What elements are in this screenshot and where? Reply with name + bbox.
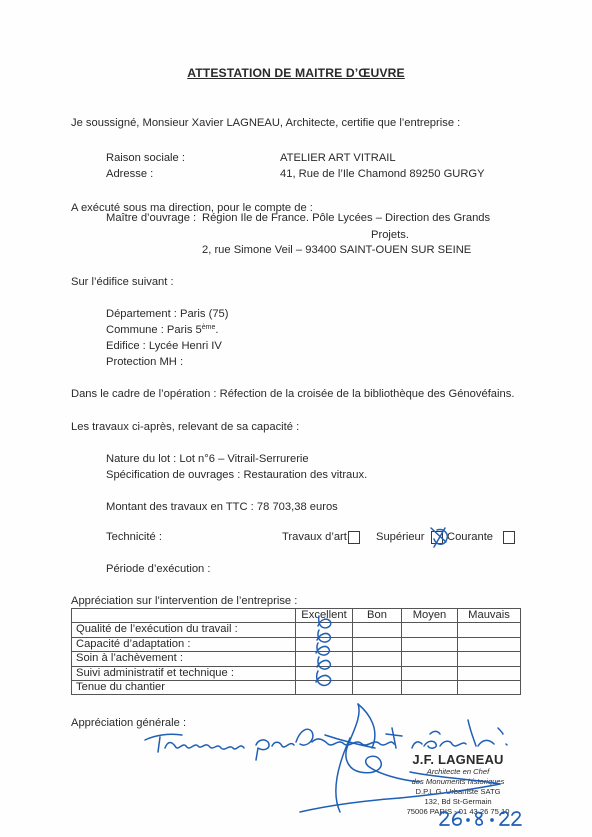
row-label: Capacité d’adaptation : bbox=[72, 637, 296, 651]
cell-mauvais[interactable] bbox=[458, 637, 521, 651]
maitre-ouvrage-label: Maître d’ouvrage : bbox=[106, 212, 196, 224]
cell-moyen[interactable] bbox=[402, 652, 458, 666]
cell-bon[interactable] bbox=[353, 666, 402, 680]
edifice: Edifice : Lycée Henri IV bbox=[106, 340, 222, 352]
cell-excellent[interactable] bbox=[296, 623, 353, 637]
option-courante-label: Courante bbox=[447, 531, 493, 543]
option-travaux-art-label: Travaux d’art bbox=[282, 531, 347, 543]
departement: Département : Paris (75) bbox=[106, 308, 229, 320]
cell-moyen[interactable] bbox=[402, 623, 458, 637]
adresse-value: 41, Rue de l’Ile Chamond 89250 GURGY bbox=[280, 168, 485, 180]
cell-moyen[interactable] bbox=[402, 681, 458, 695]
cell-mauvais[interactable] bbox=[458, 681, 521, 695]
technicite-label: Technicité : bbox=[106, 531, 162, 543]
stamp-name: J.F. LAGNEAU bbox=[388, 752, 528, 767]
cell-excellent[interactable] bbox=[296, 681, 353, 695]
cell-excellent[interactable] bbox=[296, 637, 353, 651]
table-row: Qualité de l’exécution du travail : bbox=[72, 623, 521, 637]
stamp-line5: 75006 PARIS - 01 43 26 75 10 bbox=[388, 807, 528, 817]
table-row: Capacité d’adaptation : bbox=[72, 637, 521, 651]
header-moyen: Moyen bbox=[402, 609, 458, 623]
cell-bon[interactable] bbox=[353, 681, 402, 695]
document-title: ATTESTATION DE MAITRE D’ŒUVRE bbox=[0, 66, 592, 80]
row-label: Soin à l’achèvement : bbox=[72, 652, 296, 666]
stamp-line2: des Monuments historiques bbox=[388, 777, 528, 787]
table-header-row: Excellent Bon Moyen Mauvais bbox=[72, 609, 521, 623]
specification: Spécification de ouvrages : Restauration… bbox=[106, 469, 367, 481]
maitre-ouvrage-line1: Région Ile de France. Pôle Lycées – Dire… bbox=[202, 212, 490, 224]
appreciation-table: Excellent Bon Moyen Mauvais Qualité de l… bbox=[71, 608, 521, 695]
cell-excellent[interactable] bbox=[296, 666, 353, 680]
raison-sociale-label: Raison sociale : bbox=[106, 152, 185, 164]
maitre-ouvrage-address: 2, rue Simone Veil – 93400 SAINT-OUEN SU… bbox=[202, 244, 471, 256]
commune: Commune : Paris 5ème. bbox=[106, 324, 218, 336]
appreciation-generale-label: Appréciation générale : bbox=[71, 717, 186, 729]
row-label: Tenue du chantier bbox=[72, 681, 296, 695]
nature-du-lot: Nature du lot : Lot n°6 – Vitrail-Serrur… bbox=[106, 453, 309, 465]
appreciation-title: Appréciation sur l’intervention de l’ent… bbox=[71, 595, 297, 607]
works-intro: Les travaux ci-après, relevant de sa cap… bbox=[71, 421, 299, 433]
checkbox-courante[interactable] bbox=[503, 531, 515, 544]
table-row: Suivi administratif et technique : bbox=[72, 666, 521, 680]
stamp-line1: Architecte en Chef bbox=[388, 767, 528, 777]
header-bon: Bon bbox=[353, 609, 402, 623]
cell-bon[interactable] bbox=[353, 652, 402, 666]
checkbox-superieur[interactable] bbox=[431, 531, 443, 544]
building-intro: Sur l’édifice suivant : bbox=[71, 276, 174, 288]
commune-prefix: Commune : Paris 5 bbox=[106, 324, 202, 336]
cell-mauvais[interactable] bbox=[458, 623, 521, 637]
intro-text: Je soussigné, Monsieur Xavier LAGNEAU, A… bbox=[71, 117, 460, 129]
attestation-page: ATTESTATION DE MAITRE D’ŒUVRE Je soussig… bbox=[0, 0, 592, 837]
stamp-line3: D.P.L.G. Urbaniste SATG bbox=[388, 787, 528, 797]
montant-travaux: Montant des travaux en TTC : 78 703,38 e… bbox=[106, 501, 338, 513]
cell-bon[interactable] bbox=[353, 623, 402, 637]
raison-sociale-value: ATELIER ART VITRAIL bbox=[280, 152, 396, 164]
commune-suffix: . bbox=[215, 324, 218, 336]
commune-sup: ème bbox=[202, 324, 216, 331]
cell-bon[interactable] bbox=[353, 637, 402, 651]
cell-mauvais[interactable] bbox=[458, 666, 521, 680]
table-row: Soin à l’achèvement : bbox=[72, 652, 521, 666]
maitre-ouvrage-line2: Projets. bbox=[371, 229, 409, 241]
table-row: Tenue du chantier bbox=[72, 681, 521, 695]
architect-stamp: J.F. LAGNEAU Architecte en Chef des Monu… bbox=[388, 752, 528, 817]
option-superieur-label: Supérieur bbox=[376, 531, 425, 543]
header-excellent: Excellent bbox=[296, 609, 353, 623]
header-empty bbox=[72, 609, 296, 623]
operation-text: Dans le cadre de l’opération : Réfection… bbox=[71, 388, 514, 400]
periode-execution-label: Période d’exécution : bbox=[106, 563, 210, 575]
cell-mauvais[interactable] bbox=[458, 652, 521, 666]
cell-moyen[interactable] bbox=[402, 666, 458, 680]
header-mauvais: Mauvais bbox=[458, 609, 521, 623]
row-label: Qualité de l’exécution du travail : bbox=[72, 623, 296, 637]
cell-excellent[interactable] bbox=[296, 652, 353, 666]
protection-mh: Protection MH : bbox=[106, 356, 183, 368]
row-label: Suivi administratif et technique : bbox=[72, 666, 296, 680]
cell-moyen[interactable] bbox=[402, 637, 458, 651]
checkbox-travaux-art[interactable] bbox=[348, 531, 360, 544]
adresse-label: Adresse : bbox=[106, 168, 153, 180]
stamp-line4: 132, Bd St-Germain bbox=[388, 797, 528, 807]
